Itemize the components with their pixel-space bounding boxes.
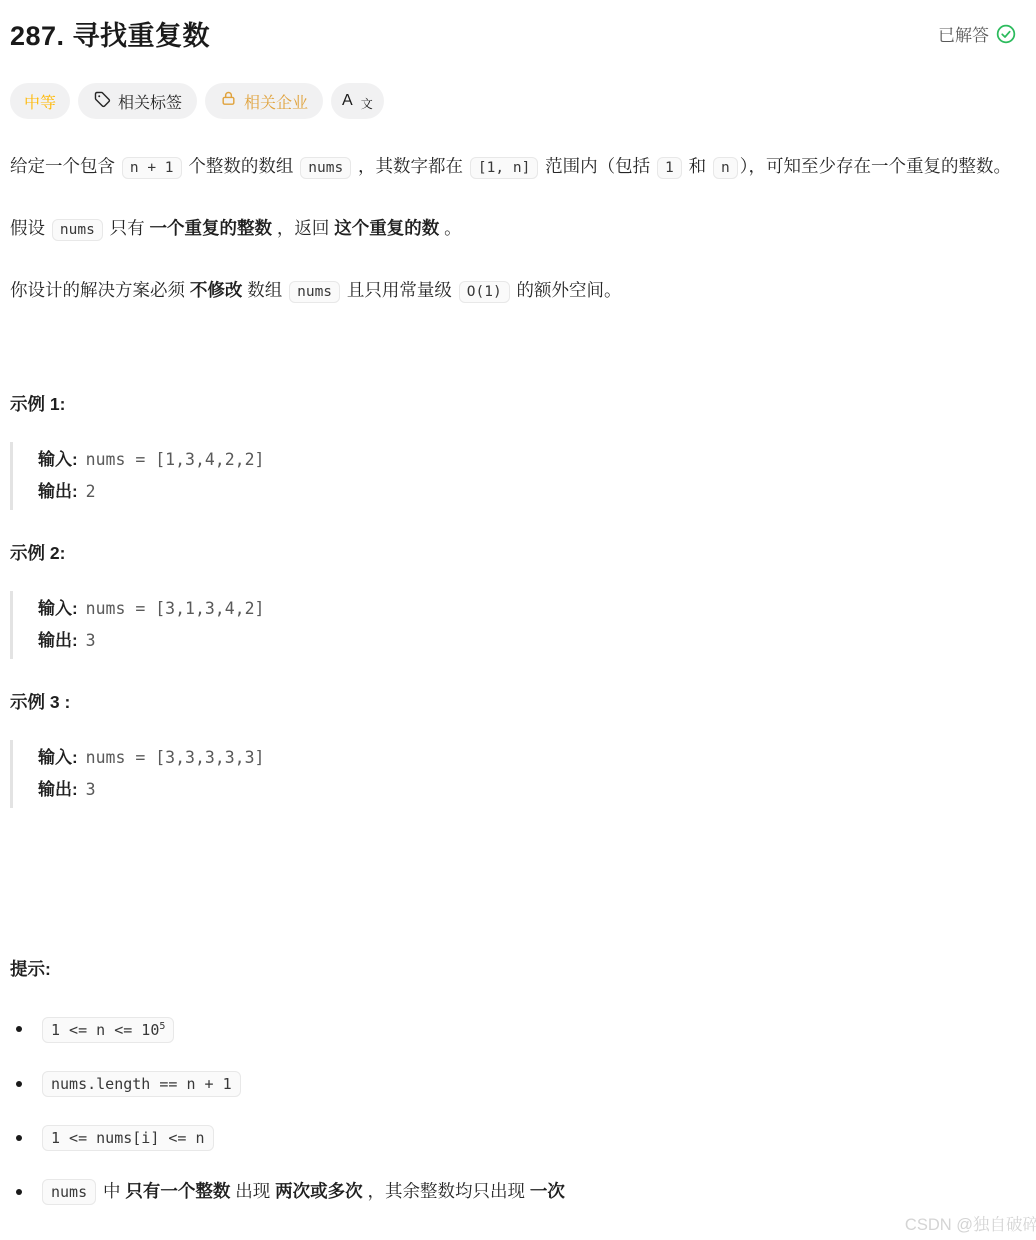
input-label: 输入:: [38, 450, 78, 469]
inline-code-chip: 1 <= n <= 105: [42, 1017, 174, 1043]
header: 287. 寻找重复数 已解答: [10, 14, 1016, 53]
example-output-line: 输出:3: [38, 625, 1016, 657]
inline-code-chip: n + 1: [122, 157, 182, 179]
output-label: 输出:: [38, 482, 78, 501]
watermark: CSDN @独自破碎E: [905, 1211, 1036, 1235]
hint-content: nums.length == n + 1: [40, 1071, 243, 1097]
inline-code-chip: nums: [52, 219, 103, 241]
example-3-block: 输入:nums = [3,3,3,3,3] 输出:3: [10, 740, 1016, 808]
text-format-button[interactable]: A文: [331, 83, 384, 119]
inline-code-chip: nums: [42, 1179, 96, 1205]
text-format-letter: A: [342, 92, 353, 110]
page-title: 287. 寻找重复数: [10, 14, 210, 53]
lock-icon: [220, 90, 237, 112]
toolbar: 中等 相关标签 相关企业 A文: [10, 83, 1016, 119]
example-input-line: 输入:nums = [3,3,3,3,3]: [38, 742, 1016, 774]
bullet-dot: [16, 1081, 22, 1087]
inline-code-chip: nums.length == n + 1: [42, 1071, 241, 1097]
solved-label: 已解答: [938, 21, 989, 46]
hints-list: 1 <= n <= 105 nums.length == n + 1 1 <= …: [10, 1014, 1016, 1205]
circle-check-icon: [996, 24, 1016, 44]
tag-icon: [93, 90, 111, 113]
bold-text: 只有一个整数: [125, 1181, 230, 1201]
difficulty-label: 中等: [24, 90, 56, 113]
inline-code-chip: nums: [289, 281, 340, 303]
solved-status-badge: 已解答: [938, 21, 1016, 46]
inline-code-chip: 1 <= nums[i] <= n: [42, 1125, 214, 1151]
input-value: nums = [3,1,3,4,2]: [86, 599, 265, 618]
example-output-line: 输出:3: [38, 774, 1016, 806]
output-value: 3: [86, 780, 96, 799]
bold-text: 一次: [530, 1181, 565, 1201]
problem-page: 287. 寻找重复数 已解答 中等 相关标签: [0, 0, 1036, 1205]
input-label: 输入:: [38, 748, 78, 767]
hint-item: nums 中 只有一个整数 出现 两次或多次 ，其余整数均只出现 一次: [10, 1179, 1016, 1205]
description-paragraph: 给定一个包含 n + 1 个整数的数组 nums ，其数字都在 [1, n] 范…: [10, 150, 1016, 185]
bold-text: 不修改: [190, 280, 243, 300]
hint-content: 1 <= n <= 105: [40, 1014, 176, 1043]
inline-code-chip: [1, n]: [470, 157, 538, 179]
example-2-block: 输入:nums = [3,1,3,4,2] 输出:3: [10, 591, 1016, 659]
inline-code-chip: nums: [300, 157, 351, 179]
example-input-line: 输入:nums = [1,3,4,2,2]: [38, 444, 1016, 476]
text-format-cjk: 文: [361, 95, 373, 112]
bullet-dot: [16, 1135, 22, 1141]
related-companies-button[interactable]: 相关企业: [205, 83, 323, 119]
bold-text: 这个重复的数: [334, 218, 439, 238]
hints-heading: 提示:: [10, 956, 1016, 981]
description-paragraph: 你设计的解决方案必须 不修改 数组 nums 且只用常量级 O(1) 的额外空间…: [10, 274, 1016, 309]
example-1-block: 输入:nums = [1,3,4,2,2] 输出:2: [10, 442, 1016, 510]
hint-item: nums.length == n + 1: [10, 1071, 1016, 1097]
inline-code-chip: n: [713, 157, 738, 179]
bullet-dot: [16, 1189, 22, 1195]
bold-text: 两次或多次: [275, 1181, 363, 1201]
bullet-dot: [16, 1026, 22, 1032]
related-tags-label: 相关标签: [118, 90, 182, 113]
output-label: 输出:: [38, 780, 78, 799]
hint-content: 1 <= nums[i] <= n: [40, 1125, 216, 1151]
example-output-line: 输出:2: [38, 476, 1016, 508]
hint-item: 1 <= nums[i] <= n: [10, 1125, 1016, 1151]
inline-code-chip: O(1): [459, 281, 510, 303]
input-value: nums = [1,3,4,2,2]: [86, 450, 265, 469]
example-input-line: 输入:nums = [3,1,3,4,2]: [38, 593, 1016, 625]
output-label: 输出:: [38, 631, 78, 650]
problem-description: 给定一个包含 n + 1 个整数的数组 nums ，其数字都在 [1, n] 范…: [10, 150, 1016, 309]
bold-text: 一个重复的整数: [150, 218, 273, 238]
hint-item: 1 <= n <= 105: [10, 1014, 1016, 1043]
related-tags-button[interactable]: 相关标签: [78, 83, 197, 119]
input-label: 输入:: [38, 599, 78, 618]
inline-code-chip: 1: [657, 157, 682, 179]
output-value: 2: [86, 482, 96, 501]
example-2-heading: 示例 2:: [10, 540, 1016, 565]
related-companies-label: 相关企业: [244, 90, 308, 113]
example-1-heading: 示例 1:: [10, 391, 1016, 416]
description-paragraph: 假设 nums 只有 一个重复的整数 ，返回 这个重复的数 。: [10, 212, 1016, 247]
output-value: 3: [86, 631, 96, 650]
hint-content: nums 中 只有一个整数 出现 两次或多次 ，其余整数均只出现 一次: [40, 1179, 565, 1205]
input-value: nums = [3,3,3,3,3]: [86, 748, 265, 767]
example-3-heading: 示例 3 :: [10, 689, 1016, 714]
difficulty-badge[interactable]: 中等: [10, 83, 70, 119]
